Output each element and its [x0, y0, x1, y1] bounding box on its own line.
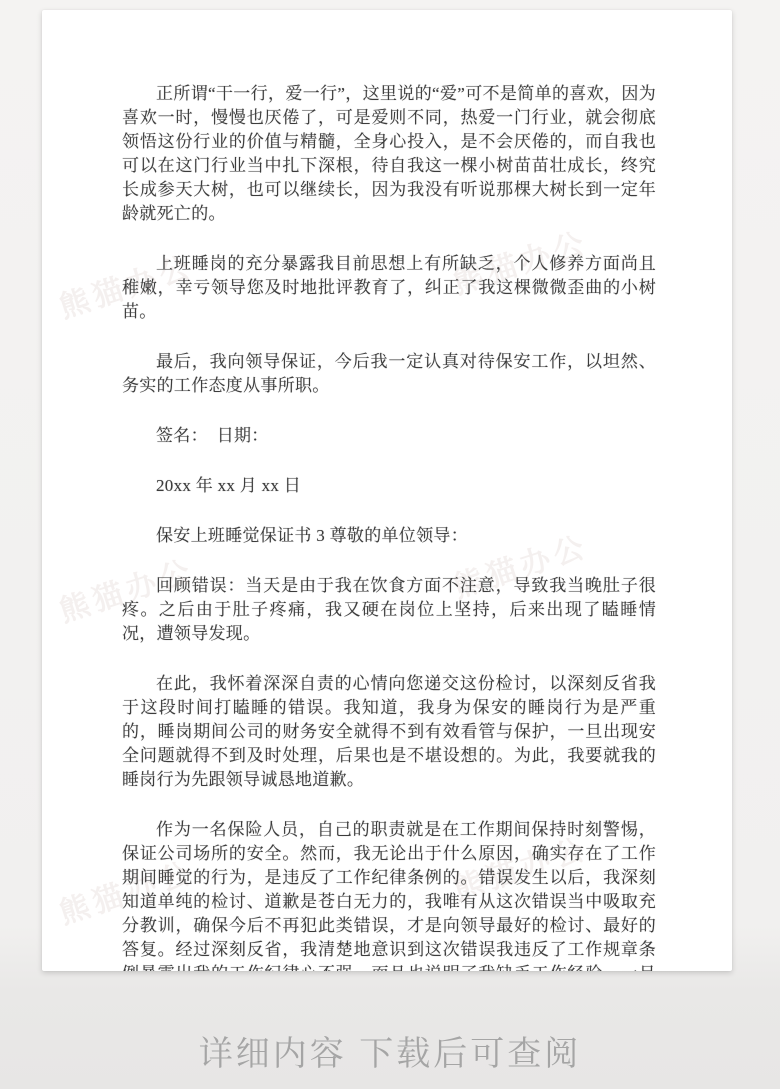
document-paragraph: 正所谓“干一行，爱一行”，这里说的“爱”可不是简单的喜欢，因为喜欢一时，慢慢也厌… — [122, 82, 656, 226]
download-notice-text: 详细内容 下载后可查阅 — [199, 1026, 581, 1075]
signature-date-line: 签名： 日期： — [122, 424, 656, 448]
document-paragraph: 作为一名保险人员，自己的职责就是在工作期间保持时刻警惕，保证公司场所的安全。然而… — [122, 818, 656, 971]
document-paragraph: 上班睡岗的充分暴露我目前思想上有所缺乏，个人修养方面尚且稚嫩，幸亏领导您及时地批… — [122, 252, 656, 324]
document-content: 正所谓“干一行，爱一行”，这里说的“爱”可不是简单的喜欢，因为喜欢一时，慢慢也厌… — [122, 82, 656, 971]
date-placeholder-line: 20xx 年 xx 月 xx 日 — [122, 474, 656, 498]
download-notice-bar: 详细内容 下载后可查阅 — [0, 1012, 780, 1089]
document-page: 熊猫办公 熊猫办公 熊猫办公 熊猫办公 熊猫办公 熊猫办公 正所谓“干一行，爱一… — [42, 10, 732, 971]
document-paragraph: 在此，我怀着深深自责的心情向您递交这份检讨，以深刻反省我于这段时间打瞌睡的错误。… — [122, 672, 656, 792]
section-heading-line: 保安上班睡觉保证书 3 尊敬的单位领导： — [122, 524, 656, 548]
document-paragraph: 最后，我向领导保证，今后我一定认真对待保安工作，以坦然、务实的工作态度从事所职。 — [122, 350, 656, 398]
document-paragraph: 回顾错误：当天是由于我在饮食方面不注意，导致我当晚肚子很疼。之后由于肚子疼痛，我… — [122, 574, 656, 646]
